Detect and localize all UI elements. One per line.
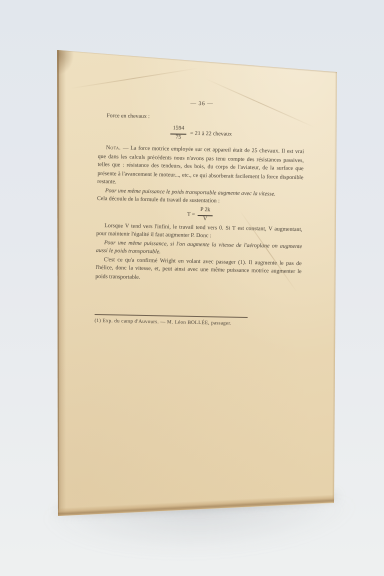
page-right-edge (331, 72, 337, 504)
fraction-denominator: 75 (171, 134, 187, 142)
formula-result: = 21 à 22 chevaux (190, 130, 232, 139)
paper-crease (70, 68, 199, 89)
photo-background: — 36 — Force en chevaux : 1594 75 = 21 à… (0, 0, 384, 576)
nota-paragraph: Nota. — La force motrice employée sur ce… (97, 144, 304, 191)
formula-lhs: T = (187, 211, 195, 220)
photo-canvas: { "scene": { "description": "photograph … (0, 0, 384, 576)
fraction-numerator: 1594 (171, 125, 187, 134)
fraction-numerator: P 2k (198, 207, 212, 216)
booklet-page: — 36 — Force en chevaux : 1594 75 = 21 à… (0, 0, 384, 576)
fraction-denominator: V (198, 216, 212, 224)
horsepower-formula: 1594 75 = 21 à 22 chevaux (98, 122, 304, 146)
nota-text: — La force motrice employée sur cet appa… (97, 145, 304, 185)
footnote-text: (1) Exp. du camp d'Auvours. — M. Léon BO… (94, 317, 300, 328)
page-left-edge-line (57, 50, 59, 516)
page-number: — 36 — (99, 98, 305, 111)
fraction: P 2k V (198, 207, 212, 224)
nota-label: Nota. (106, 145, 121, 151)
page-content: — 36 — Force en chevaux : 1594 75 = 21 à… (94, 98, 305, 329)
wright-paragraph: C'est ce qu'a confirmé Wright en volant … (95, 255, 301, 285)
fraction: 1594 75 (171, 125, 187, 142)
page-top-edge (56, 49, 339, 74)
